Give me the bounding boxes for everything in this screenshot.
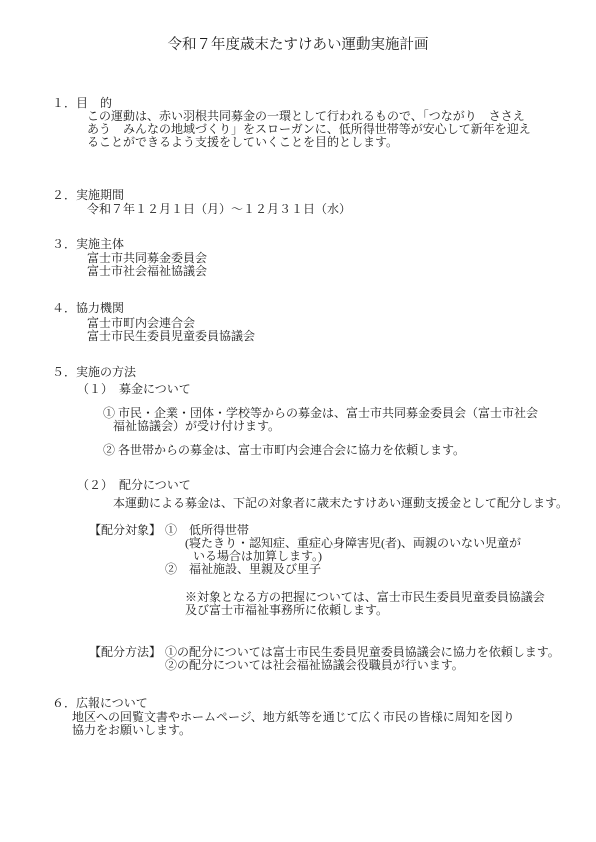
allocation-sub-label: （２） 配分について bbox=[77, 479, 191, 492]
fundraising-sub-label: （１） 募金について bbox=[77, 383, 191, 396]
methods-section-heading: ５．実施の方法 bbox=[52, 366, 136, 379]
cooperator-line: 富士市民生委員児童委員協議会 bbox=[87, 330, 255, 343]
publicity-line: 協力をお願いします。 bbox=[72, 724, 191, 737]
allocation-target-label: 【配分対象】 bbox=[89, 524, 161, 537]
allocation-target-item-2: ② 福祉施設、里親及び里子 bbox=[165, 563, 321, 576]
fundraising-item-1-line-2: 福祉協議会）が受け付けます。 bbox=[113, 420, 280, 433]
allocation-method-label: 【配分方法】 bbox=[89, 646, 161, 659]
document-page: 令和７年度歳末たすけあい運動実施計画 １．目 的 この運動は、赤い羽根共同募金の… bbox=[0, 0, 596, 842]
allocation-target-note-2: 及び富士市福祉事務所に依頼します。 bbox=[185, 604, 388, 617]
organizer-line: 富士市社会福祉協議会 bbox=[87, 265, 207, 278]
organizer-section-heading: ３．実施主体 bbox=[52, 238, 124, 251]
document-title: 令和７年度歳末たすけあい運動実施計画 bbox=[0, 37, 596, 54]
allocation-method-line-2: ②の配分については社会福祉協議会役職員が行います。 bbox=[165, 659, 464, 672]
allocation-intro: 本運動による募金は、下記の対象者に歳末たすけあい運動支援金として配分します。 bbox=[113, 497, 568, 510]
period-section-heading: ２．実施期間 bbox=[52, 189, 124, 202]
purpose-line: ることができるよう支援をしていくことを目的とします。 bbox=[87, 136, 398, 149]
cooperator-section-heading: ４．協力機関 bbox=[52, 302, 124, 315]
period-line: 令和７年１２月１日（月）～１２月３１日（水） bbox=[87, 203, 351, 216]
fundraising-item-2: ② 各世帯からの募金は、富士市町内会連合会に協力を依頼します。 bbox=[103, 444, 465, 457]
publicity-section-heading: ６．広報について bbox=[52, 697, 148, 710]
